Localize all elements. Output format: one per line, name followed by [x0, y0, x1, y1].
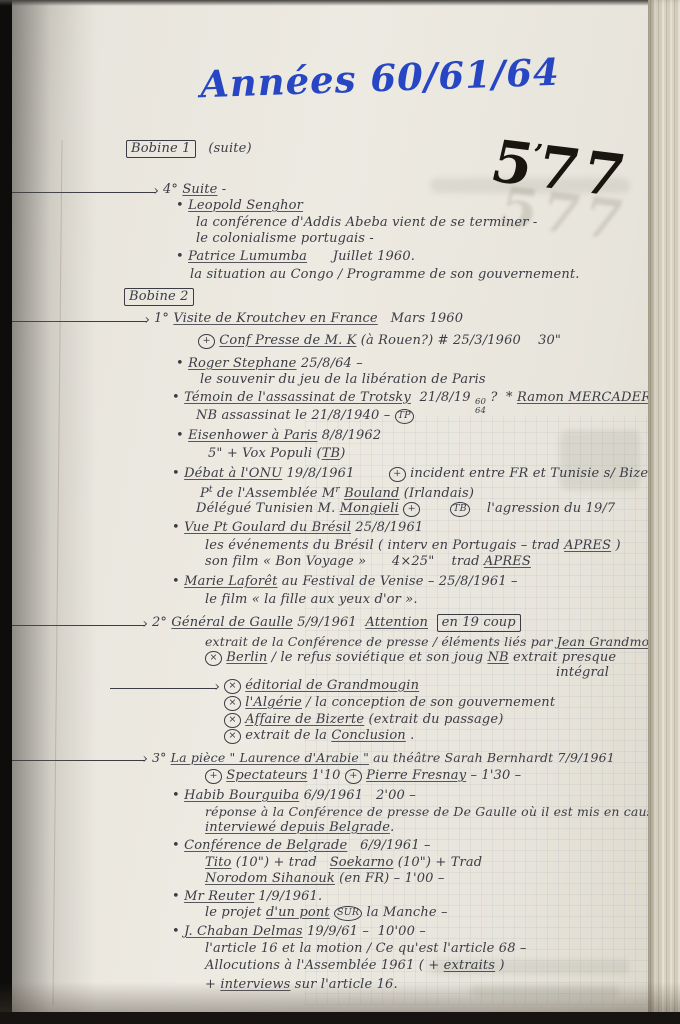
handwritten-line: 5" + Vox Populi (TB) [208, 447, 345, 462]
handwritten-line: • Roger Stephane 25/8/64 – [176, 357, 363, 372]
page-title: Années 60/61/64 [199, 50, 560, 107]
handwritten-line: interviewé depuis Belgrade. [205, 821, 394, 836]
handwritten-line: × Affaire de Bizerte (extrait du passage… [224, 713, 503, 728]
handwritten-line: Tito (10") + trad Soekarno (10") + Trad [205, 856, 482, 871]
handwritten-line: la situation au Congo / Programme de son… [190, 268, 580, 283]
handwritten-line: NB assassinat le 21/8/1940 – TP [196, 409, 414, 424]
handwritten-line: • Mr Reuter 1/9/1961. [172, 890, 322, 905]
handwritten-line: • J. Chaban Delmas 19/9/61 – 10'00 – [172, 925, 426, 940]
page-number-ghost: 577 [494, 179, 633, 247]
handwritten-line: réponse à la Conférence de presse de De … [205, 805, 661, 819]
handwritten-line: Norodom Sihanouk (en FR) – 1'00 – [205, 872, 445, 887]
book-bottom-edge [0, 1012, 680, 1024]
margin-arrow [110, 688, 217, 689]
handwritten-line: 2° Général de Gaulle 5/9/1961 Attention … [152, 616, 521, 631]
handwritten-line: intégral [556, 666, 609, 681]
handwritten-line: × Berlin / le refus soviétique et son jo… [205, 651, 616, 666]
handwritten-line: le colonialisme portugais - [196, 232, 374, 247]
handwritten-line: • Eisenhower à Paris 8/8/1962 [176, 429, 381, 444]
handwritten-line: × extrait de la Conclusion . [224, 729, 414, 744]
handwritten-line: + Conf Presse de M. K (à Rouen?) # 25/3/… [198, 334, 561, 349]
handwritten-line: les événements du Brésil ( interv en Por… [205, 539, 621, 554]
handwritten-line: • Leopold Senghor [176, 199, 303, 214]
handwritten-line: Délégué Tunisien M. Mongieli + TB l'agre… [196, 502, 615, 517]
book-top-edge [0, 0, 680, 6]
handwritten-line: • Vue Pt Goulard du Brésil 25/8/1961 [172, 521, 423, 536]
book-spine-edge [0, 0, 12, 1024]
handwritten-line: 1° Visite de Kroutchev en France Mars 19… [154, 312, 463, 327]
handwritten-line: • Patrice Lumumba Juillet 1960. [176, 250, 415, 265]
handwritten-line: Bobine 2 [124, 290, 194, 305]
handwritten-line: le film « la fille aux yeux d'or ». [205, 593, 418, 608]
handwritten-line: • Habib Bourguiba 6/9/1961 2'00 – [172, 789, 416, 804]
handwritten-line: l'article 16 et la motion / Ce qu'est l'… [205, 942, 527, 957]
handwritten-line: Pt de l'Assemblée Mr Bouland (Irlandais) [200, 485, 474, 502]
handwritten-line: la conférence d'Addis Abeba vient de se … [196, 216, 537, 231]
handwritten-line: 4° Suite - [163, 183, 226, 198]
handwritten-line: × éditorial de Grandmougin [224, 679, 419, 694]
handwritten-line: • Marie Laforêt au Festival de Venise – … [172, 575, 518, 590]
gutter-shadow [12, 0, 97, 1024]
page-fore-edge [648, 0, 680, 1024]
handwritten-line: 3° La pièce " Laurence d'Arabie " au thé… [152, 751, 615, 765]
handwritten-line: • Débat à l'ONU 19/8/1961 + incident ent… [172, 467, 668, 482]
handwritten-line: Bobine 1 (suite) [126, 142, 252, 157]
handwritten-line: le projet d'un pont SUR la Manche – [205, 906, 448, 921]
handwritten-line: extrait de la Conférence de presse / élé… [205, 635, 680, 649]
handwritten-line: le souvenir du jeu de la libération de P… [200, 373, 486, 388]
handwritten-line: • Conférence de Belgrade 6/9/1961 – [172, 839, 431, 854]
handwritten-line: son film « Bon Voyage » 4×25" trad APRES [205, 555, 531, 570]
handwritten-line: + Spectateurs 1'10 + Pierre Fresnay – 1'… [205, 769, 521, 784]
handwritten-line: × l'Algérie / la conception de son gouve… [224, 696, 555, 711]
handwritten-line: Allocutions à l'Assemblée 1961 ( + extra… [205, 959, 505, 974]
book-photo: Années 60/61/64 5’77 577 Bobine 1 (suite… [0, 0, 680, 1024]
bottom-page-shadow [0, 982, 680, 1012]
